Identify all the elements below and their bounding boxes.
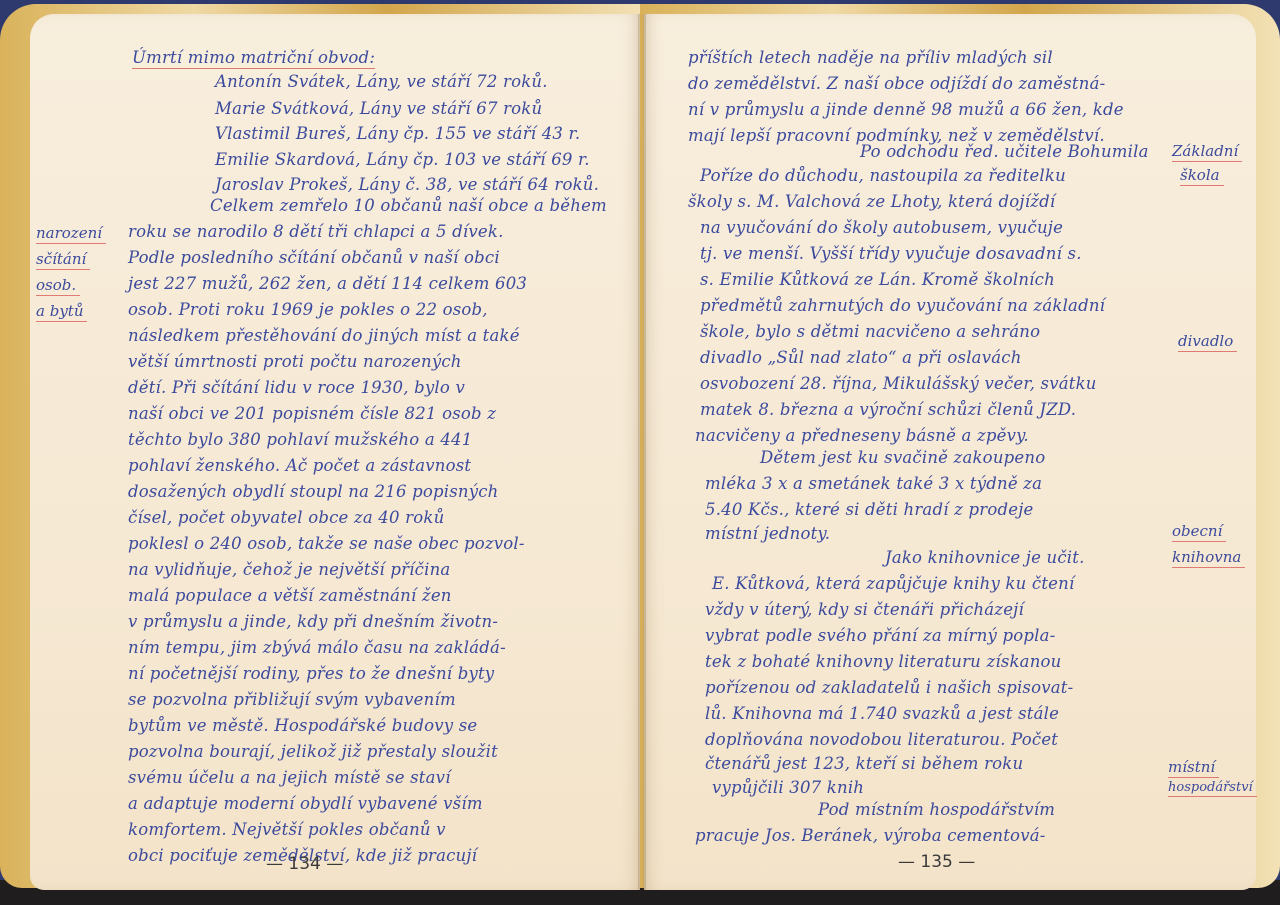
text-line: předmětů zahrnutých do vyučování na zákl…	[700, 296, 1105, 315]
text-line: osvobození 28. října, Mikulášský večer, …	[700, 374, 1097, 393]
text-line: lů. Knihovna má 1.740 svazků a jest stál…	[705, 704, 1059, 723]
text-line: naší obci ve 201 popisném čísle 821 osob…	[128, 404, 496, 423]
text-line: větší úmrtnosti proti počtu narozených	[128, 352, 462, 371]
text-line: v průmyslu a jinde, kdy při dnešním živo…	[128, 612, 498, 631]
text-line: ním tempu, jim zbývá málo času na zaklád…	[128, 638, 506, 657]
text-line: čísel, počet obyvatel obce za 40 roků	[128, 508, 444, 527]
text-line: dětí. Při sčítání lidu v roce 1930, bylo…	[128, 378, 465, 397]
margin-note: a bytů	[36, 302, 87, 322]
text-line: Celkem zemřelo 10 občanů naší obce a běh…	[210, 196, 607, 215]
text-line: poklesl o 240 osob, takže se naše obec p…	[128, 534, 525, 553]
text-line: pozvolna bourají, jelikož již přestaly s…	[128, 742, 498, 761]
text-line: školy s. M. Valchová ze Lhoty, která doj…	[688, 192, 1055, 211]
text-line: mléka 3 x a smetánek také 3 x týdně za	[705, 474, 1042, 493]
text-line: osob. Proti roku 1969 je pokles o 22 oso…	[128, 300, 488, 319]
text-line: pohlaví ženského. Ač počet a zástavnost	[128, 456, 471, 475]
text-line: Po odchodu řed. učitele Bohumila	[860, 142, 1149, 161]
text-line: tj. ve menší. Vyšší třídy vyučuje dosava…	[700, 244, 1082, 263]
margin-note: narození	[36, 224, 106, 244]
text-line: 5.40 Kčs., které si děti hradí z prodeje	[705, 500, 1033, 519]
margin-note: škola	[1180, 166, 1224, 186]
text-line: se pozvolna přibližují svým vybavením	[128, 690, 456, 709]
margin-note: hospodářství	[1168, 780, 1257, 797]
book-gutter	[638, 14, 646, 890]
death-entry: Marie Svátková, Lány ve stáří 67 roků	[215, 99, 542, 118]
margin-note: sčítání	[36, 250, 90, 270]
text-line: Dětem jest ku svačině zakoupeno	[760, 448, 1045, 467]
text-line: na vyučování do školy autobusem, vyučuje	[700, 218, 1063, 237]
text-line: E. Kůtková, která zapůjčuje knihy ku čte…	[712, 574, 1074, 593]
text-line: pracuje Jos. Beránek, výroba cementová-	[695, 826, 1046, 845]
text-line: příštích letech naděje na příliv mladých…	[688, 48, 1053, 67]
text-line: ní početnější rodiny, přes to že dnešní …	[128, 664, 494, 683]
page-number: — 134 —	[266, 854, 343, 874]
margin-note: Základní	[1172, 142, 1242, 162]
margin-note: osob.	[36, 276, 80, 296]
text-line: Pod místním hospodářstvím	[818, 800, 1055, 819]
text-line: na vylidňuje, čehož je největší příčina	[128, 560, 450, 579]
text-line: a adaptuje moderní obydlí vybavené vším	[128, 794, 483, 813]
text-line: Podle posledního sčítání občanů v naší o…	[128, 248, 500, 267]
text-line: těchto bylo 380 pohlaví mužského a 441	[128, 430, 472, 449]
text-line: bytům ve městě. Hospodářské budovy se	[128, 716, 477, 735]
margin-note: obecní	[1172, 522, 1226, 542]
death-entry: Emilie Skardová, Lány čp. 103 ve stáří 6…	[215, 150, 590, 169]
text-line: nacvičeny a předneseny básně a zpěvy.	[695, 426, 1029, 445]
text-line: ní v průmyslu a jinde denně 98 mužů a 66…	[688, 100, 1124, 119]
text-line: pořízenou od zakladatelů i našich spisov…	[705, 678, 1073, 697]
death-entry: Vlastimil Bureš, Lány čp. 155 ve stáří 4…	[215, 124, 580, 143]
text-line: vždy v úterý, kdy si čtenáři přicházejí	[705, 600, 1024, 619]
text-line: malá populace a větší zaměstnání žen	[128, 586, 452, 605]
margin-note: knihovna	[1172, 548, 1245, 568]
text-line: s. Emilie Kůtková ze Lán. Kromě školních	[700, 270, 1055, 289]
text-line: Jako knihovnice je učit.	[885, 548, 1085, 567]
margin-note: divadlo	[1178, 332, 1237, 352]
text-line: doplňována novodobou literaturou. Počet	[705, 730, 1058, 749]
text-line: čtenářů jest 123, kteří si během roku	[705, 754, 1023, 773]
text-line: místní jednoty.	[705, 524, 830, 543]
text-line: do zemědělství. Z naší obce odjíždí do z…	[688, 74, 1105, 93]
text-line: vybrat podle svého přání za mírný popla-	[705, 626, 1055, 645]
death-entry: Antonín Svátek, Lány, ve stáří 72 roků.	[215, 72, 548, 91]
text-line: následkem přestěhování do jiných míst a …	[128, 326, 520, 345]
page-number: — 135 —	[898, 852, 975, 872]
text-line: jest 227 mužů, 262 žen, a dětí 114 celke…	[128, 274, 527, 293]
text-line: škole, bylo s dětmi nacvičeno a sehráno	[700, 322, 1040, 341]
text-line: dosažených obydlí stoupl na 216 popisnýc…	[128, 482, 499, 501]
text-line: komfortem. Největší pokles občanů v	[128, 820, 446, 839]
text-line: tek z bohaté knihovny literaturu získano…	[705, 652, 1062, 671]
margin-note: místní	[1168, 758, 1219, 778]
text-line: Poříze do důchodu, nastoupila za ředitel…	[700, 166, 1066, 185]
section-heading: Úmrtí mimo matriční obvod:	[132, 48, 375, 69]
death-entry: Jaroslav Prokeš, Lány č. 38, ve stáří 64…	[215, 175, 599, 194]
text-line: matek 8. března a výroční schůzi členů J…	[700, 400, 1076, 419]
text-line: vypůjčili 307 knih	[712, 778, 864, 797]
text-line: svému účelu a na jejich místě se staví	[128, 768, 451, 787]
text-line: divadlo „Sůl nad zlato“ a při oslavách	[700, 348, 1022, 367]
text-line: roku se narodilo 8 dětí tři chlapci a 5 …	[128, 222, 504, 241]
